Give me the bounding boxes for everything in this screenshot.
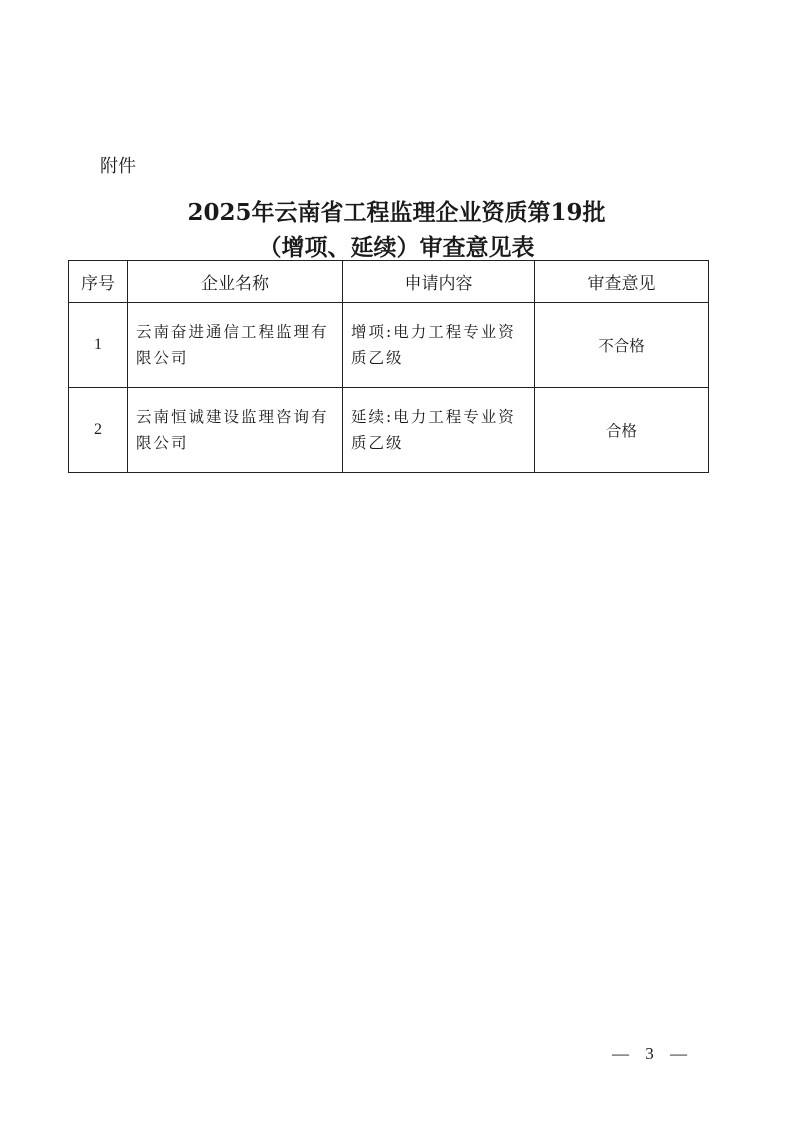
cell-application-content: 增项:电力工程专业资质乙级 [343,303,535,388]
table-header-row: 序号 企业名称 申请内容 审查意见 [69,261,709,303]
page-number: — 3 — [612,1044,693,1064]
cell-serial-no: 1 [69,303,128,388]
review-opinion-table: 序号 企业名称 申请内容 审查意见 1 云南奋进通信工程监理有限公司 增项:电力… [68,260,709,473]
cell-review-opinion: 不合格 [535,303,709,388]
header-review-opinion: 审查意见 [535,261,709,303]
header-application-content: 申请内容 [343,261,535,303]
cell-application-content: 延续:电力工程专业资质乙级 [343,388,535,473]
document-title-line2: （增项、延续）审查意见表 [0,229,793,262]
cell-serial-no: 2 [69,388,128,473]
table-row: 2 云南恒诚建设监理咨询有限公司 延续:电力工程专业资质乙级 合格 [69,388,709,473]
cell-company-name: 云南恒诚建设监理咨询有限公司 [128,388,343,473]
cell-company-name: 云南奋进通信工程监理有限公司 [128,303,343,388]
table-row: 1 云南奋进通信工程监理有限公司 增项:电力工程专业资质乙级 不合格 [69,303,709,388]
header-serial-no: 序号 [69,261,128,303]
header-company-name: 企业名称 [128,261,343,303]
document-title-line1: 2025年云南省工程监理企业资质第19批 [0,194,793,227]
cell-review-opinion: 合格 [535,388,709,473]
attachment-label: 附件 [100,152,136,178]
